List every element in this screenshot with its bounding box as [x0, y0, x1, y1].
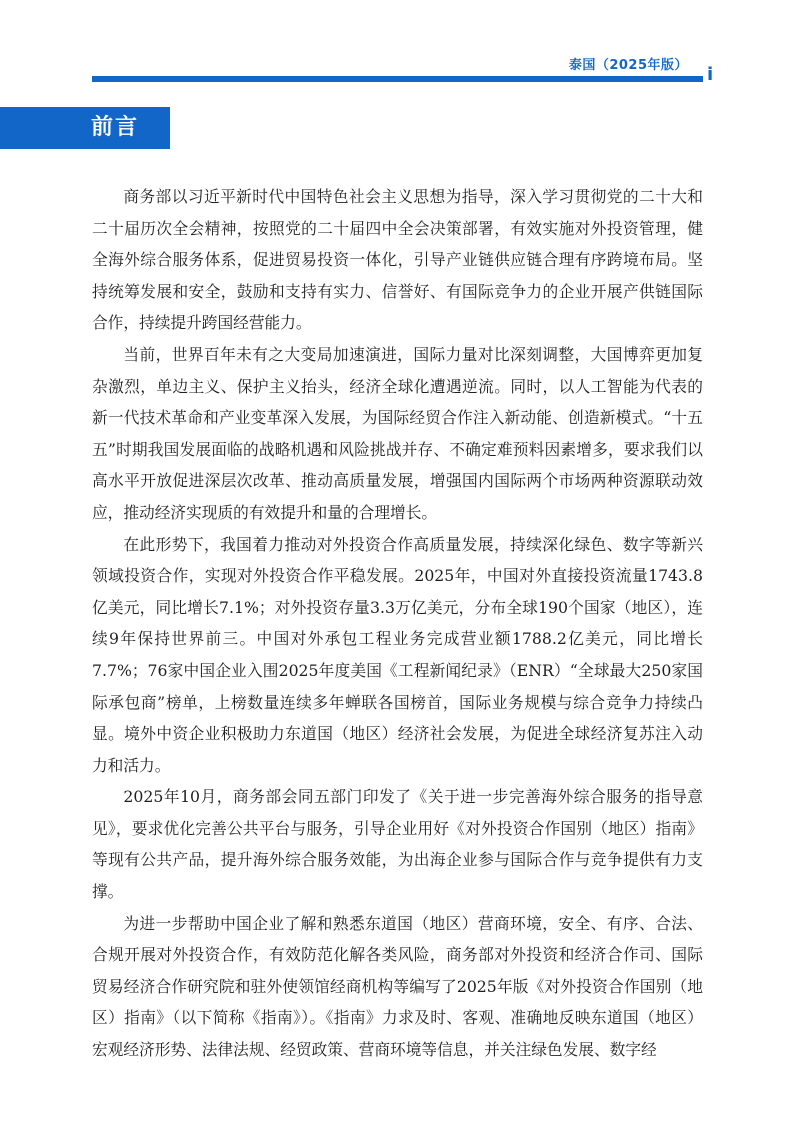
- header-doc-title: 泰国（2025年版）: [0, 54, 688, 73]
- paragraph: 商务部以习近平新时代中国特色社会主义思想为指导，深入学习贯彻党的二十大和二十届历…: [92, 181, 703, 339]
- document-page: 泰国（2025年版） i 前言 商务部以习近平新时代中国特色社会主义思想为指导，…: [0, 0, 794, 1123]
- preface-banner: 前言: [0, 107, 170, 149]
- preface-body: 商务部以习近平新时代中国特色社会主义思想为指导，深入学习贯彻党的二十大和二十届历…: [92, 181, 703, 1066]
- paragraph: 为进一步帮助中国企业了解和熟悉东道国（地区）营商环境，安全、有序、合法、合规开展…: [92, 908, 703, 1066]
- page-number: i: [707, 64, 713, 86]
- paragraph: 2025年10月，商务部会同五部门印发了《关于进一步完善海外综合服务的指导意见》…: [92, 781, 703, 907]
- paragraph: 在此形势下，我国着力推动对外投资合作高质量发展，持续深化绿色、数字等新兴领域投资…: [92, 529, 703, 782]
- paragraph: 当前，世界百年未有之大变局加速演进，国际力量对比深刻调整，大国博弈更加复杂激烈，…: [92, 339, 703, 529]
- header-rule: [92, 76, 703, 82]
- preface-title: 前言: [0, 107, 170, 149]
